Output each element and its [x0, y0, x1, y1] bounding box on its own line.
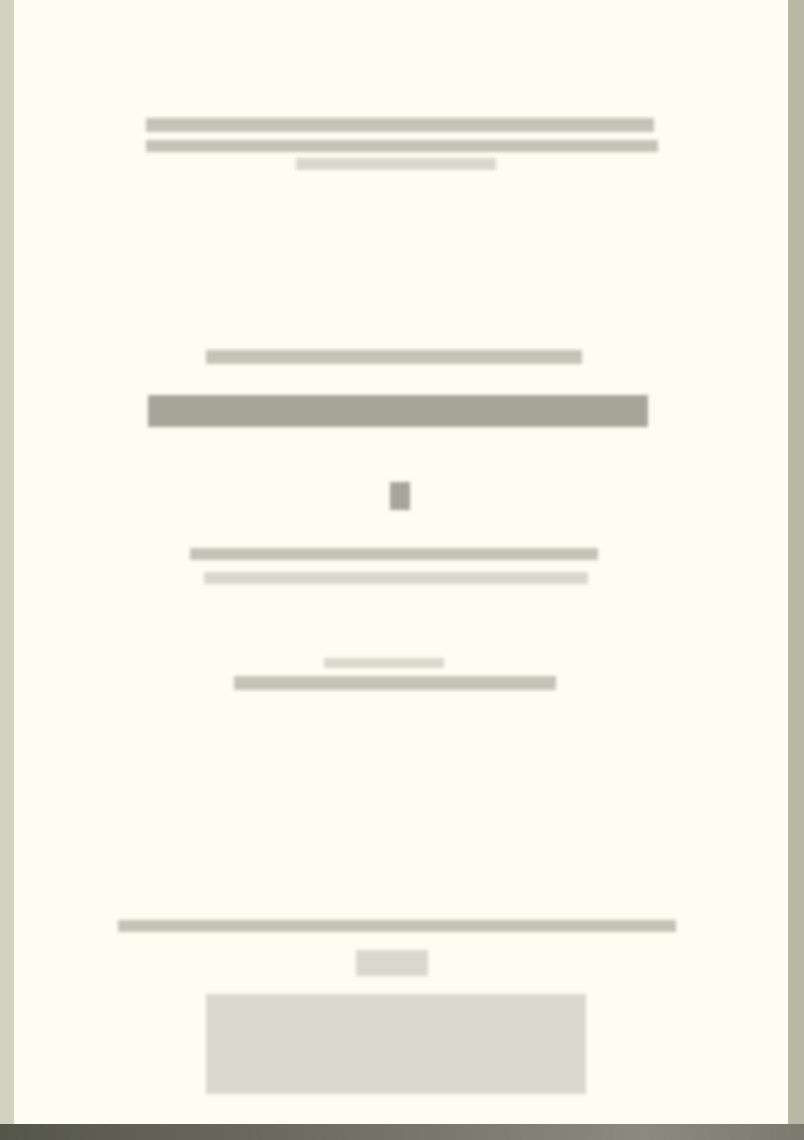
publisher-logo — [206, 994, 586, 1094]
title — [148, 395, 648, 427]
title-page — [14, 0, 788, 1124]
header-line-1 — [146, 118, 654, 132]
subtitle-line-2 — [204, 572, 588, 584]
editor-line — [234, 676, 556, 690]
subtitle-line-1 — [190, 548, 598, 560]
publisher-line — [118, 920, 676, 932]
volume-marker — [390, 482, 410, 510]
imprint-small — [356, 950, 428, 976]
scan-right-edge — [788, 0, 804, 1140]
scan-bottom-edge — [0, 1124, 804, 1140]
scan-left-edge — [0, 0, 14, 1140]
header-line-2 — [296, 158, 496, 170]
editor-prefix — [324, 658, 444, 668]
header-line-1b — [146, 140, 658, 152]
author-line — [206, 350, 582, 364]
